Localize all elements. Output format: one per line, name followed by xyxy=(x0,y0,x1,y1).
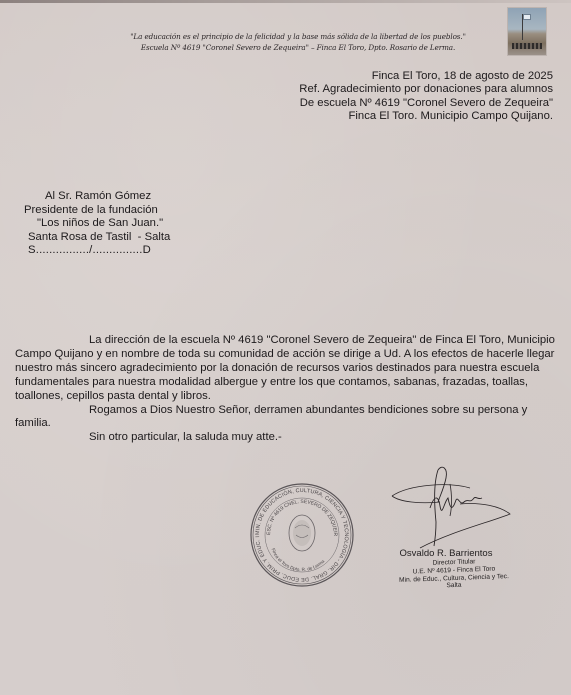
foundation-name: "Los niños de San Juan." xyxy=(24,217,170,231)
students-group xyxy=(512,43,542,49)
letter-body: La dirección de la escuela Nº 4619 "Coro… xyxy=(15,334,560,445)
letter-page: "La educación es el principio de la feli… xyxy=(0,0,571,695)
recipient-location: Santa Rosa de Tastil - Salta xyxy=(24,231,170,245)
paragraph-1-text: La dirección de la escuela Nº 4619 "Coro… xyxy=(15,334,555,402)
body-paragraph-3: Sin otro particular, la saluda muy atte.… xyxy=(15,431,560,445)
reference-line: Ref. Agradecimiento por donaciones para … xyxy=(299,83,553,96)
recipient-address: Al Sr. Ramón Gómez Presidente de la fund… xyxy=(24,190,170,258)
body-paragraph-2: Rogamos a Dios Nuestro Señor, derramen a… xyxy=(15,404,560,432)
svg-text:Finca el Toro Dpto. R. de Lerm: Finca el Toro Dpto. R. de Lerma xyxy=(271,547,326,572)
reference-line-3: Finca El Toro. Municipio Campo Quijano. xyxy=(299,110,553,123)
reference-line-2: De escuela Nº 4619 "Coronel Severo de Ze… xyxy=(299,97,553,110)
school-flag-photo-icon xyxy=(507,7,547,56)
seal-bottom-text: Finca el Toro Dpto. R. de Lerma xyxy=(271,547,326,572)
recipient-name: Al Sr. Ramón Gómez xyxy=(24,190,170,204)
closing-text: Sin otro particular, la saluda muy atte.… xyxy=(89,431,282,443)
signature-scribble-icon xyxy=(390,462,520,562)
date-and-reference: Finca El Toro, 18 de agosto de 2025 Ref.… xyxy=(299,70,553,123)
recipient-title: Presidente de la fundación xyxy=(24,204,170,218)
school-line: Escuela Nº 4619 "Coronel Severo de Zeque… xyxy=(100,42,496,53)
flag-icon xyxy=(523,14,531,20)
salutation-sd: S................/...............D xyxy=(24,244,170,258)
date-line: Finca El Toro, 18 de agosto de 2025 xyxy=(299,70,553,83)
paragraph-2-text: Rogamos a Dios Nuestro Señor, derramen a… xyxy=(15,404,527,430)
body-paragraph-1: La dirección de la escuela Nº 4619 "Coro… xyxy=(15,334,560,404)
letterhead-motto: "La educación es el principio de la feli… xyxy=(100,31,496,53)
paper-top-edge xyxy=(0,0,571,3)
signature-block: Osvaldo R. Barrientos Director Titular U… xyxy=(394,548,514,590)
school-seal-stamp-icon: MIN. DE EDUCACIÓN, CULTURA, CIENCIA Y TE… xyxy=(250,483,354,587)
motto-quote: "La educación es el principio de la feli… xyxy=(100,31,496,42)
